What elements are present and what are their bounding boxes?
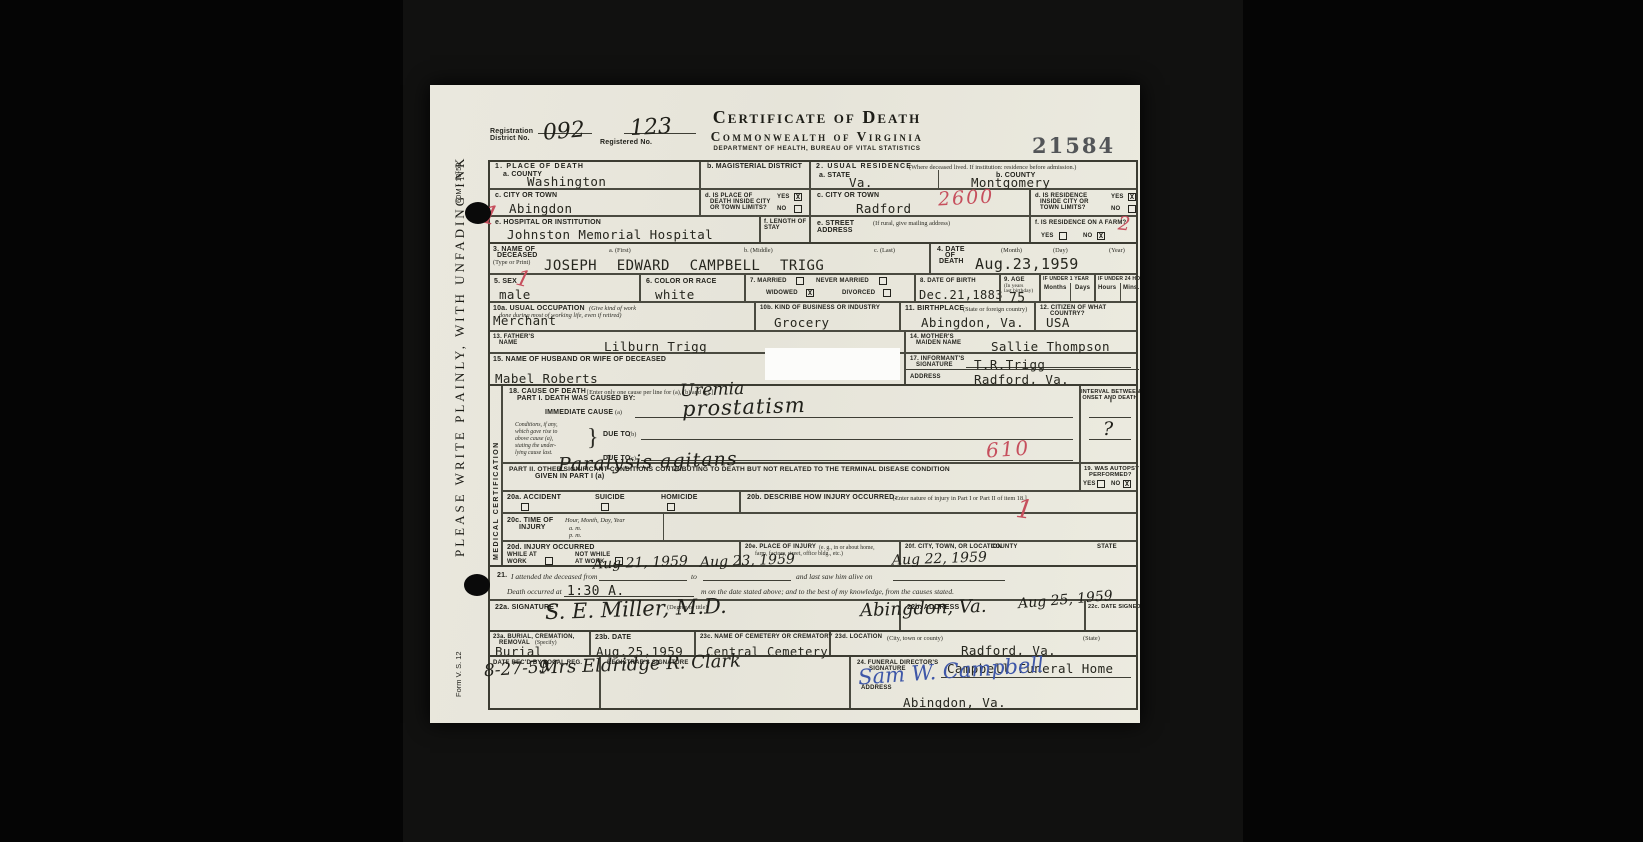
mother-value: Sallie Thompson [991, 341, 1110, 354]
field-accident-suicide-homicide: 20a. ACCIDENT SUICIDE HOMICIDE [502, 491, 740, 513]
field-color-or-race: 6. COLOR OR RACE white [640, 274, 745, 302]
suicide-checkbox [601, 503, 609, 511]
field-usual-residence: 2. USUAL RESIDENCE (Where deceased lived… [810, 160, 1138, 189]
form-code: Form V. S. 12 [454, 651, 463, 697]
married-checkbox [796, 277, 804, 285]
birthplace-value: Abingdon, Va. [921, 317, 1024, 330]
occupation-value: Merchant [493, 315, 556, 328]
registration-district-no: 092 [542, 119, 586, 145]
homicide-checkbox [667, 503, 675, 511]
divorced-checkbox [883, 289, 891, 297]
ink-physician-address: Abingdon, Va. [860, 598, 987, 620]
place-limits-no-checkbox [794, 205, 802, 213]
death-certificate: 60M - 10-58 PLEASE WRITE PLAINLY, WITH U… [430, 85, 1140, 723]
field-magisterial-district: b. MAGISTERIAL DISTRICT [700, 160, 810, 189]
commonwealth-subtitle: Commonwealth of Virginia [667, 130, 967, 144]
conditions-note: Conditions, if any, which gave rise to a… [515, 422, 558, 457]
residence-city-value: Radford [856, 203, 911, 216]
time-of-death-value: 1:30 A. [567, 585, 625, 598]
field-age: 9. AGE (In years last birthday) 75 [1000, 274, 1040, 302]
field-date-of-birth: 8. DATE OF BIRTH Dec.21,1883 [915, 274, 1000, 302]
field-usual-occupation: 10a. USUAL OCCUPATION (Give kind of work… [488, 302, 755, 331]
date-of-birth-value: Dec.21,1883 [919, 289, 1003, 301]
funeral-home-address-value: Abingdon, Va. [903, 697, 1006, 710]
field-kind-of-business: 10b. KIND OF BUSINESS OR INDUSTRY Grocer… [755, 302, 900, 331]
field-informant: 17. INFORMANT'S SIGNATURE T.R.Trigg ADDR… [905, 353, 1138, 385]
residence-state-value: Va. [849, 177, 873, 190]
residence-limits-no-checkbox [1128, 205, 1136, 213]
ink-attended-from: Aug 21, 1959 [593, 554, 688, 571]
field-place-inside-limits: d. IS PLACE OF DEATH INSIDE CITY OR TOWN… [700, 189, 810, 216]
accident-checkbox [521, 503, 529, 511]
while-at-work-checkbox [545, 557, 553, 565]
field-time-of-injury: 20c. TIME OF INJURY Hour, Month, Day, Ye… [502, 513, 1138, 541]
father-value: Lilburn Trigg [604, 341, 707, 354]
farm-no-checkbox: X [1097, 232, 1105, 240]
ink-last-alive: Aug 22, 1959 [892, 550, 987, 567]
place-county-value: Washington [527, 176, 606, 189]
medical-certification-rail [488, 385, 502, 566]
registered-no: 123 [629, 116, 672, 140]
field-describe-injury: 20b. DESCRIBE HOW INJURY OCCURRED. [Ente… [740, 491, 1138, 513]
field-autopsy: 19. WAS AUTOPSY PERFORMED? YES NO X [1080, 463, 1138, 491]
registration-label-2: District No. [490, 135, 530, 143]
red-code-610: 610 [985, 437, 1030, 460]
residence-limits-yes-checkbox: X [1128, 193, 1136, 201]
ink-due-to-b: prostatism [682, 395, 806, 420]
field-marital-status: 7. MARRIED NEVER MARRIED WIDOWED X DIVOR… [745, 274, 915, 302]
informant-value: T.R.Trigg [974, 359, 1045, 372]
interval-mark-a: ' [1109, 398, 1113, 412]
punch-hole-top [465, 202, 491, 224]
field-place-city: c. CITY OR TOWN Abingdon [488, 189, 700, 216]
field-residence-city: c. CITY OR TOWN Radford [810, 189, 1030, 216]
autopsy-no-checkbox: X [1123, 480, 1131, 488]
department-line: DEPARTMENT OF HEALTH, BUREAU OF VITAL ST… [667, 146, 967, 152]
never-married-checkbox [879, 277, 887, 285]
interval-mark-b: ? [1103, 420, 1113, 439]
field-place-of-death: 1. PLACE OF DEATH a. COUNTY Washington [488, 160, 700, 189]
field-burial-type: 23a. BURIAL, CREMATION, REMOVAL (Specify… [488, 631, 590, 656]
punch-hole-bottom [464, 574, 490, 596]
citizen-value: USA [1046, 317, 1070, 330]
field-if-under-24-hours: IF UNDER 24 HOURS Hours Mins. [1095, 274, 1138, 302]
autopsy-yes-checkbox [1097, 480, 1105, 488]
serial-number-stamp: 21584 [1032, 135, 1115, 156]
field-name-of-deceased: 3. NAME OF DECEASED (Type or Print) a. (… [488, 243, 930, 274]
widowed-checkbox: X [806, 289, 814, 297]
certificate-title: Certificate of Death [667, 108, 967, 126]
field-sex: 5. SEX male [488, 274, 640, 302]
field-birthplace: 11. BIRTHPLACE (State or foreign country… [900, 302, 1035, 331]
field-street-address: e. STREET ADDRESS (If rural, give mailin… [810, 216, 1030, 243]
deceased-name-value: JOSEPH EDWARD CAMPBELL TRIGG [544, 259, 824, 273]
red-code-farm: 2 [1117, 214, 1131, 234]
ink-attended-to: Aug 23, 1959 [700, 552, 795, 569]
field-citizen-of: 12. CITIZEN OF WHAT COUNTRY? USA [1035, 302, 1138, 331]
field-if-under-1-year: IF UNDER 1 YEAR Months Days [1040, 274, 1095, 302]
redaction-box [765, 348, 900, 380]
farm-yes-checkbox [1059, 232, 1067, 240]
field-interval-onset-death: INTERVAL BETWEEN ONSET AND DEATH ' ? [1080, 385, 1138, 463]
business-value: Grocery [774, 317, 829, 330]
field-mother-maiden-name: 14. MOTHER'S MAIDEN NAME Sallie Thompson [905, 331, 1138, 353]
date-of-death-value: Aug.23,1959 [975, 257, 1079, 272]
field-date-of-death: 4. DATE OF DEATH (Month) (Day) (Year) Au… [930, 243, 1138, 274]
conditions-brace: } [587, 424, 599, 453]
field-length-of-stay: f. LENGTH OF STAY [760, 216, 810, 243]
place-city-value: Abingdon [509, 203, 572, 216]
field-hospital: e. HOSPITAL OR INSTITUTION Johnston Memo… [488, 216, 760, 243]
field-burial-location: 23d. LOCATION (City, town or county) (St… [830, 631, 1138, 656]
red-code-2600: 2600 [938, 188, 995, 210]
hospital-value: Johnston Memorial Hospital [507, 229, 713, 242]
place-limits-yes-checkbox: X [794, 193, 802, 201]
race-value: white [655, 289, 695, 302]
